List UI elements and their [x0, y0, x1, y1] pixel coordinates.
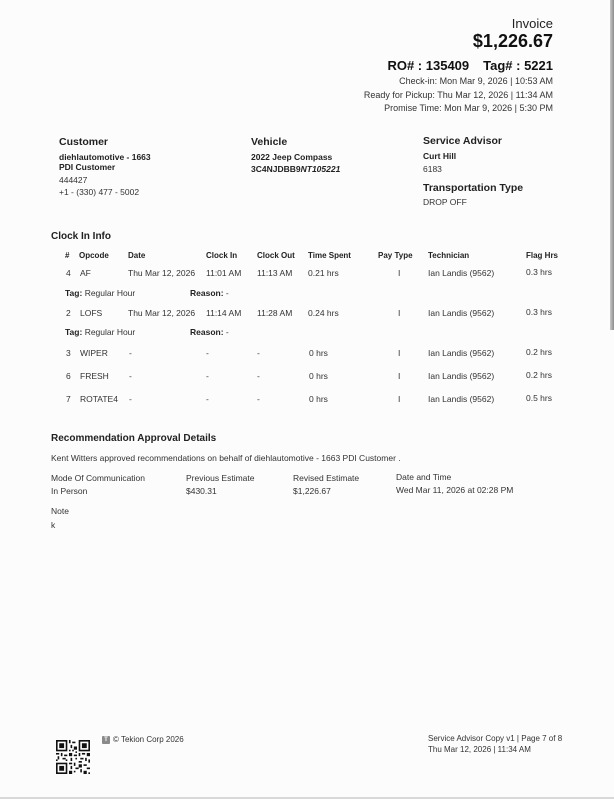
row-flag-hrs: 0.2 hrs	[526, 347, 552, 357]
customer-phone: +1 - (330) 477 - 5002	[59, 187, 139, 197]
row-time-spent: 0 hrs	[309, 348, 328, 358]
copy-page-info: Service Advisor Copy v1 | Page 7 of 8	[428, 734, 562, 743]
tekion-logo-icon: T	[102, 736, 110, 744]
row-clock-in: -	[206, 394, 209, 404]
vin-prefix: 3C4NJDBB9	[251, 164, 301, 174]
row-date: -	[129, 394, 132, 404]
check-in-time: Check-in: Mon Mar 9, 2026 | 10:53 AM	[399, 76, 553, 86]
row-pay-type: I	[398, 268, 400, 278]
vehicle-vin: 3C4NJDBB9NT105221	[251, 164, 340, 174]
row-time-spent: 0.21 hrs	[308, 268, 339, 278]
document-type: Invoice	[512, 16, 553, 31]
row-pay-type: I	[398, 308, 400, 318]
row-time-spent: 0 hrs	[309, 394, 328, 404]
row-time-spent: 0 hrs	[309, 371, 328, 381]
row-technician: Ian Landis (9562)	[428, 348, 494, 358]
tag-number: Tag# : 5221	[483, 58, 553, 73]
customer-heading: Customer	[59, 136, 108, 148]
service-advisor-name: Curt Hill	[423, 151, 456, 161]
col-opcode: Opcode	[79, 251, 109, 260]
row-date: Thu Mar 12, 2026	[128, 308, 195, 318]
transportation-value: DROP OFF	[423, 197, 467, 207]
note-value: k	[51, 520, 55, 530]
note-label: Note	[51, 506, 69, 516]
recommendation-statement: Kent Witters approved recommendations on…	[51, 453, 401, 463]
col-clock-in: Clock In	[206, 251, 237, 260]
service-advisor-heading: Service Advisor	[423, 135, 502, 147]
ro-number: RO# : 135409	[387, 58, 469, 73]
clock-in-heading: Clock In Info	[51, 231, 111, 242]
row-clock-out: -	[257, 394, 260, 404]
row-flag-hrs: 0.3 hrs	[526, 307, 552, 317]
col-date: Date	[128, 251, 145, 260]
recommendation-heading: Recommendation Approval Details	[51, 433, 216, 444]
row-opcode: LOFS	[80, 308, 102, 318]
mode-label: Mode Of Communication	[51, 473, 145, 483]
qr-code-icon	[56, 740, 90, 774]
row-opcode: FRESH	[80, 371, 109, 381]
row-clock-out: 11:13 AM	[257, 268, 292, 278]
row-reason: Reason: -	[190, 327, 229, 337]
ready-for-pickup-time: Ready for Pickup: Thu Mar 12, 2026 | 11:…	[364, 90, 553, 100]
col-flag-hrs: Flag Hrs	[526, 251, 558, 260]
row-flag-hrs: 0.2 hrs	[526, 370, 552, 380]
row-reason: Reason: -	[190, 288, 229, 298]
row-pay-type: I	[398, 348, 400, 358]
row-date: -	[129, 371, 132, 381]
copyright-text: © Tekion Corp 2026	[113, 735, 184, 744]
row-clock-in: 11:01 AM	[206, 268, 241, 278]
invoice-total: $1,226.67	[473, 31, 553, 52]
vehicle-heading: Vehicle	[251, 136, 287, 148]
row-clock-in: 11:14 AM	[206, 308, 241, 318]
row-technician: Ian Landis (9562)	[428, 371, 494, 381]
row-date: -	[129, 348, 132, 358]
transportation-heading: Transportation Type	[423, 182, 523, 194]
row-clock-out: -	[257, 348, 260, 358]
row-clock-out: -	[257, 371, 260, 381]
vehicle-model: 2022 Jeep Compass	[251, 152, 332, 162]
row-pay-type: I	[398, 394, 400, 404]
row-number: 4	[66, 268, 71, 278]
row-number: 2	[66, 308, 71, 318]
row-number: 7	[66, 394, 71, 404]
customer-name-line1: diehlautomotive - 1663	[59, 152, 151, 162]
row-date: Thu Mar 12, 2026	[128, 268, 195, 278]
customer-name-line2: PDI Customer	[59, 162, 115, 172]
row-clock-in: -	[206, 348, 209, 358]
col-technician: Technician	[428, 251, 469, 260]
row-technician: Ian Landis (9562)	[428, 268, 494, 278]
promise-time: Promise Time: Mon Mar 9, 2026 | 5:30 PM	[384, 103, 553, 113]
mode-value: In Person	[51, 486, 87, 496]
vin-suffix: NT105221	[301, 164, 341, 174]
row-flag-hrs: 0.3 hrs	[526, 267, 552, 277]
row-clock-out: 11:28 AM	[257, 308, 292, 318]
row-technician: Ian Landis (9562)	[428, 308, 494, 318]
row-tag: Tag: Regular Hour	[65, 288, 135, 298]
row-opcode: ROTATE4	[80, 394, 118, 404]
row-technician: Ian Landis (9562)	[428, 394, 494, 404]
datetime-value: Wed Mar 11, 2026 at 02:28 PM	[396, 485, 513, 495]
row-opcode: AF	[80, 268, 91, 278]
col-pay-type: Pay Type	[378, 251, 413, 260]
row-time-spent: 0.24 hrs	[308, 308, 339, 318]
row-tag: Tag: Regular Hour	[65, 327, 135, 337]
datetime-label: Date and Time	[396, 472, 451, 482]
revised-estimate-value: $1,226.67	[293, 486, 331, 496]
row-number: 3	[66, 348, 71, 358]
col-time-spent: Time Spent	[308, 251, 351, 260]
scan-page-edge	[610, 0, 614, 330]
row-clock-in: -	[206, 371, 209, 381]
col-clock-out: Clock Out	[257, 251, 295, 260]
service-advisor-id: 6183	[423, 164, 442, 174]
row-pay-type: I	[398, 371, 400, 381]
customer-id: 444427	[59, 175, 87, 185]
row-opcode: WIPER	[80, 348, 108, 358]
previous-estimate-value: $430.31	[186, 486, 217, 496]
printed-timestamp: Thu Mar 12, 2026 | 11:34 AM	[428, 745, 531, 754]
col-number: #	[65, 251, 69, 260]
row-number: 6	[66, 371, 71, 381]
row-flag-hrs: 0.5 hrs	[526, 393, 552, 403]
revised-estimate-label: Revised Estimate	[293, 473, 359, 483]
ro-tag-line: RO# : 135409Tag# : 5221	[387, 58, 553, 73]
previous-estimate-label: Previous Estimate	[186, 473, 255, 483]
